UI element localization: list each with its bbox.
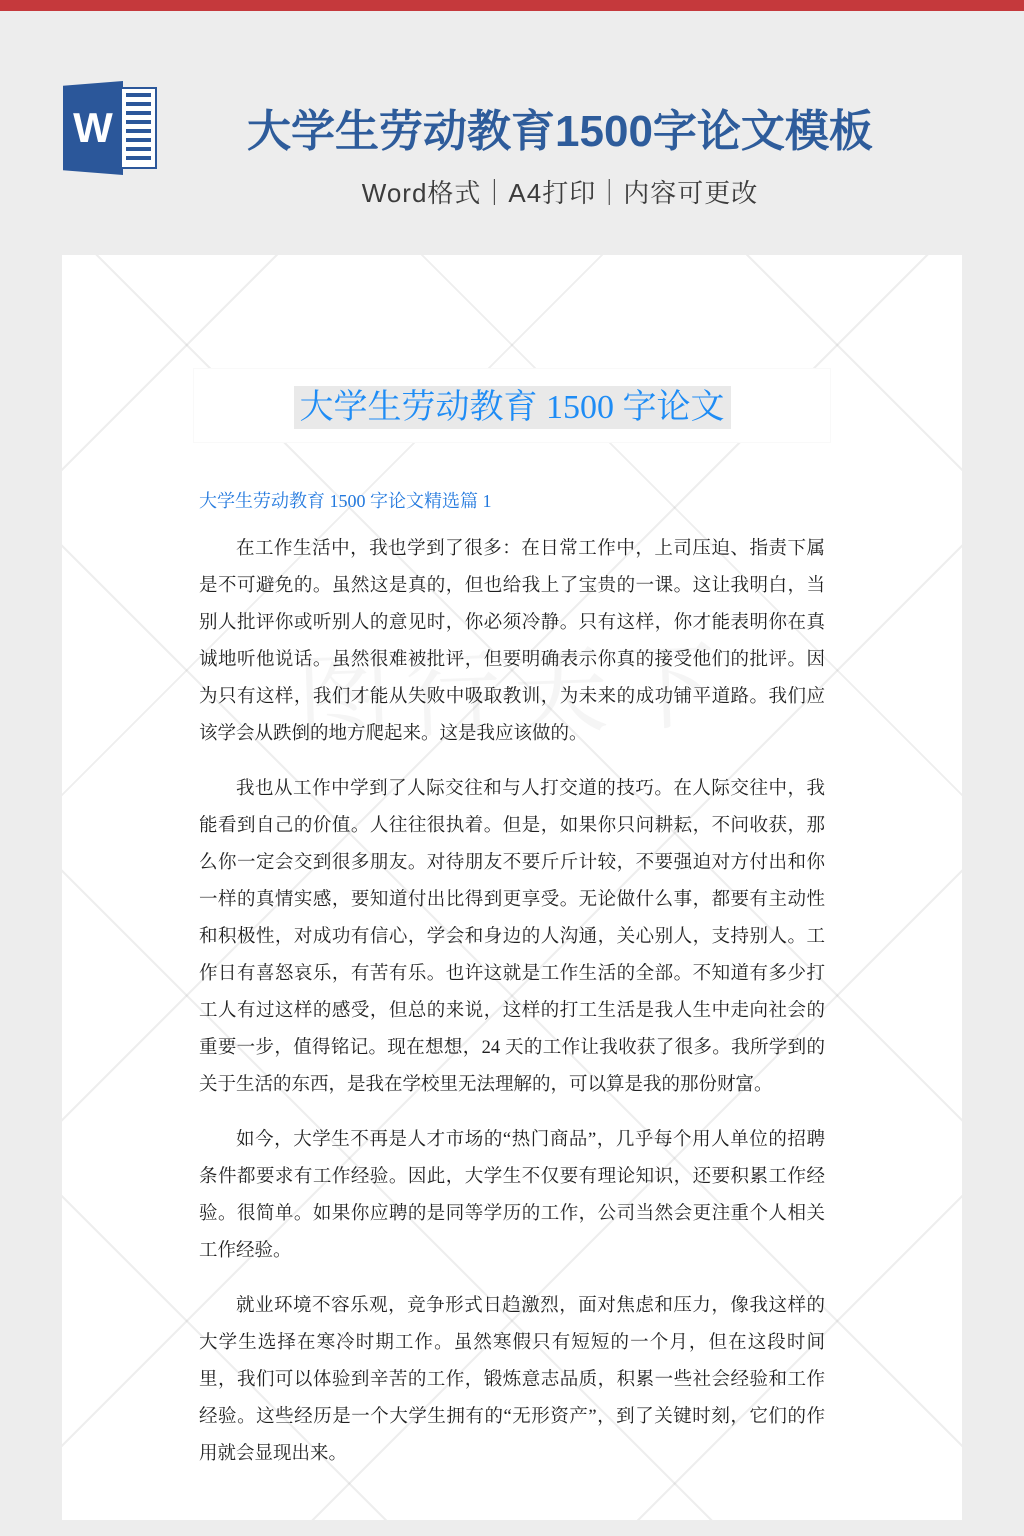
body-paragraph: 我也从工作中学到了人际交往和与人打交道的技巧。在人际交往中，我能看到自己的价值。… <box>199 771 825 1104</box>
document-section-heading: 大学生劳动教育 1500 字论文精选篇 1 <box>199 487 825 513</box>
document-title-highlight: 大学生劳动教育 1500 字论文 <box>294 386 731 429</box>
body-paragraph: 如今，大学生不再是人才市场的“热门商品”，几乎每个用人单位的招聘条件都要求有工作… <box>199 1122 825 1270</box>
template-preview-page: W 大学生劳动教育1500字论文模板 Word格式｜A4打印｜内容可更改 图行天… <box>0 0 1024 1536</box>
header: W 大学生劳动教育1500字论文模板 Word格式｜A4打印｜内容可更改 <box>0 11 1024 255</box>
document-body: 在工作生活中，我也学到了很多：在日常工作中，上司压迫、指责下属是不可避免的。虽然… <box>199 531 825 1473</box>
header-text: 大学生劳动教育1500字论文模板 Word格式｜A4打印｜内容可更改 <box>96 11 1024 255</box>
template-title: 大学生劳动教育1500字论文模板 <box>96 95 1024 159</box>
document-page: 图行天下 大学生劳动教育 1500 字论文 大学生劳动教育 1500 字论文精选… <box>62 255 962 1520</box>
top-accent-bar <box>0 0 1024 11</box>
document-title: 大学生劳动教育 1500 字论文 <box>193 368 831 443</box>
template-subtitle: Word格式｜A4打印｜内容可更改 <box>96 173 1024 210</box>
body-paragraph: 就业环境不容乐观，竞争形式日趋激烈，面对焦虑和压力，像我这样的大学生选择在寒冷时… <box>199 1288 825 1473</box>
body-paragraph: 在工作生活中，我也学到了很多：在日常工作中，上司压迫、指责下属是不可避免的。虽然… <box>199 531 825 753</box>
